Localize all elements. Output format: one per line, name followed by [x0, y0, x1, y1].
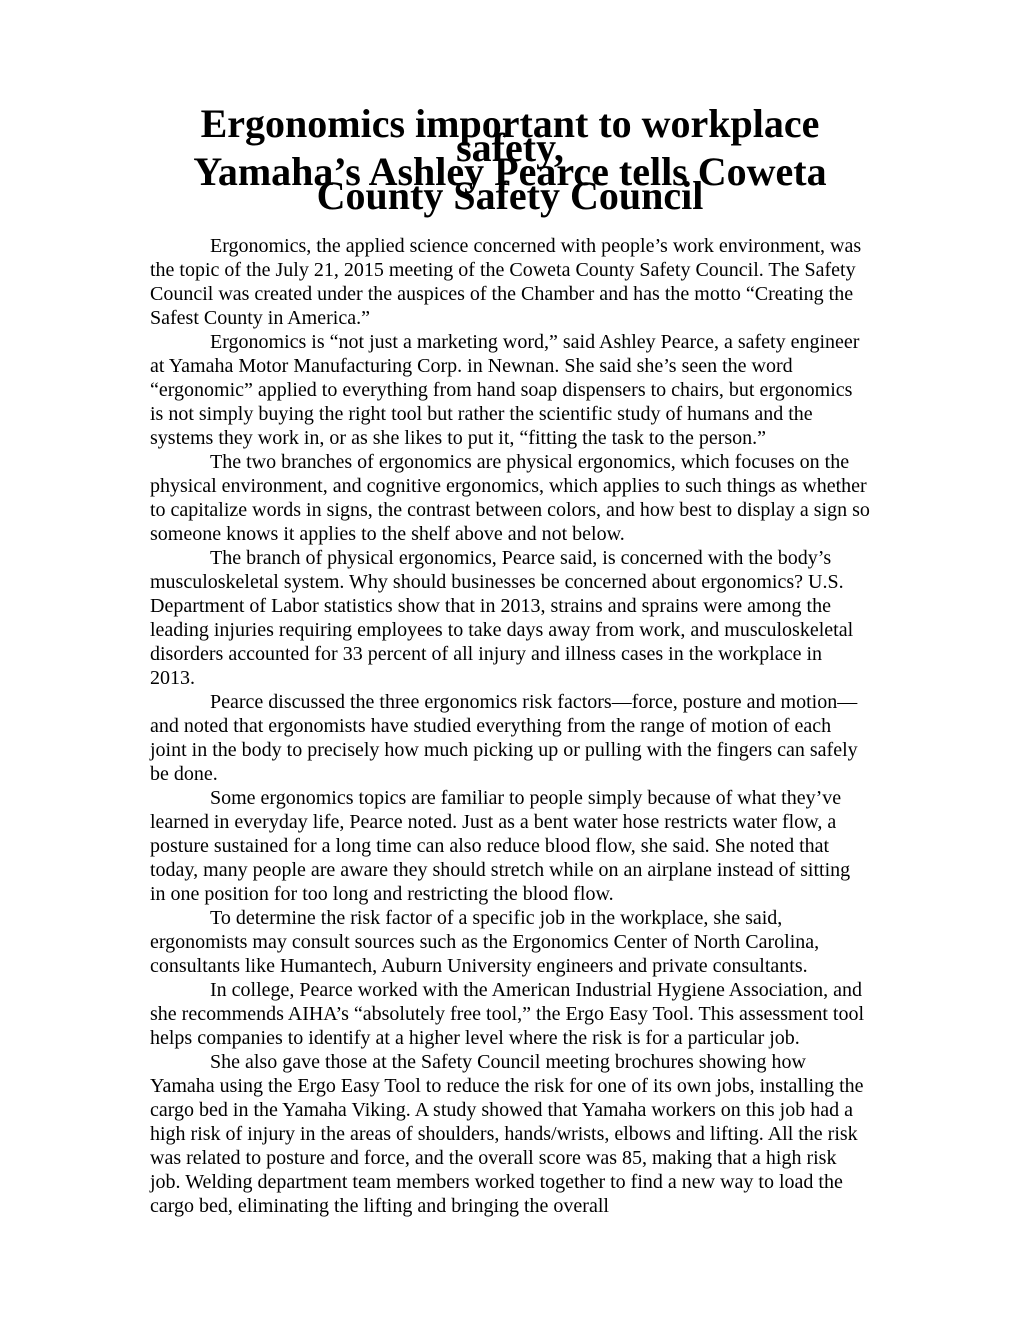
article-paragraph-2: Ergonomics is “not just a marketing word… — [150, 330, 870, 450]
article-paragraph-8: In college, Pearce worked with the Ameri… — [150, 978, 870, 1050]
article-paragraph-3: The two branches of ergonomics are physi… — [150, 450, 870, 546]
article-paragraph-1: Ergonomics, the applied science concerne… — [150, 234, 870, 330]
article-title: Ergonomics important to workplace safety… — [150, 112, 870, 208]
document-page: Ergonomics important to workplace safety… — [0, 0, 1020, 1320]
article-title-line-2: Yamaha’s Ashley Pearce tells Coweta Coun… — [150, 160, 870, 208]
article-paragraph-9: She also gave those at the Safety Counci… — [150, 1050, 870, 1218]
article-paragraph-5: Pearce discussed the three ergonomics ri… — [150, 690, 870, 786]
article-body: Ergonomics, the applied science concerne… — [150, 234, 870, 1218]
article-paragraph-4: The branch of physical ergonomics, Pearc… — [150, 546, 870, 690]
article-paragraph-6: Some ergonomics topics are familiar to p… — [150, 786, 870, 906]
article-paragraph-7: To determine the risk factor of a specif… — [150, 906, 870, 978]
